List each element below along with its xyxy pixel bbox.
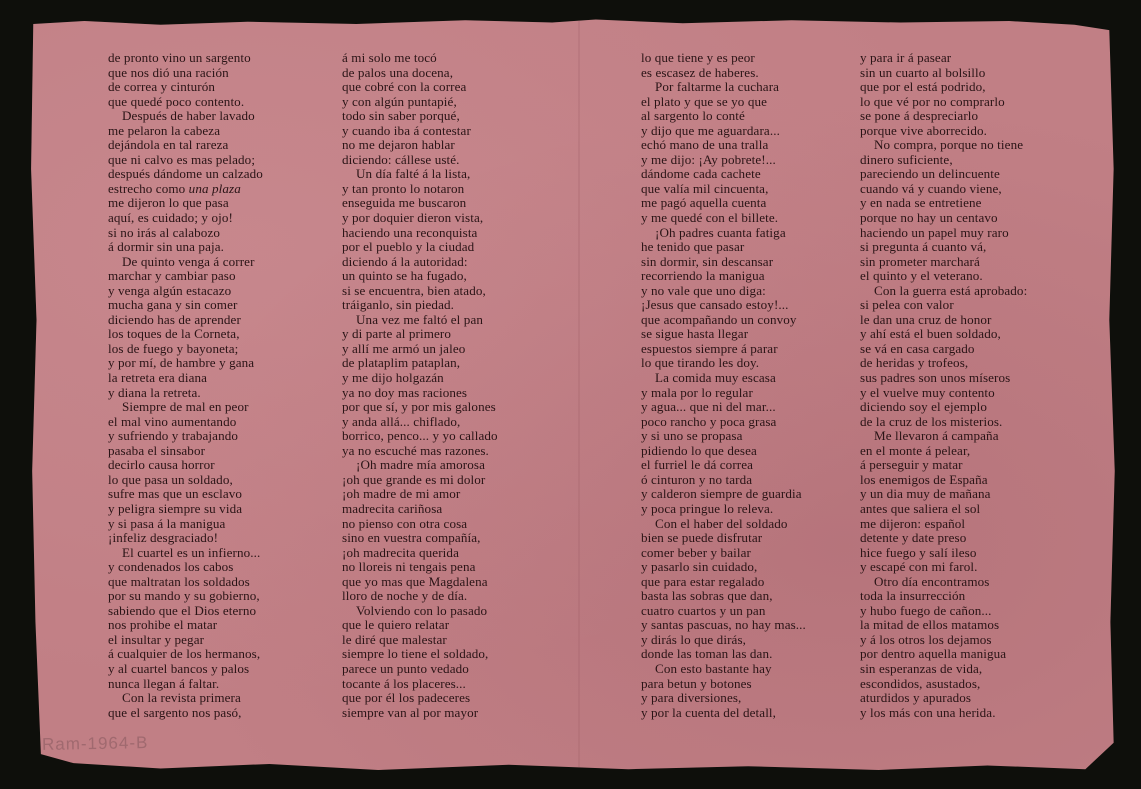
verse-line: pasaba el sinsabor	[108, 444, 263, 459]
verse-line: haciendo un papel muy raro	[860, 226, 1027, 241]
verse-line: y condenados los cabos	[108, 560, 263, 575]
verse-column-3: lo que tiene y es peores escasez de habe…	[641, 51, 806, 720]
verse-line: porque vive aborrecido.	[860, 124, 1027, 139]
stanza-first-line: Después de haber lavado	[108, 109, 263, 124]
verse-line: ya no doy mas raciones	[342, 386, 498, 401]
verse-line: al sargento lo conté	[641, 109, 806, 124]
verse-line: si no irás al calabozo	[108, 226, 263, 241]
stanza-first-line: ¡Oh padres cuanta fatiga	[641, 226, 806, 241]
verse-line: de pronto vino un sargento	[108, 51, 263, 66]
verse-line: por dentro aquella manigua	[860, 647, 1027, 662]
verse-line: que acompañando un convoy	[641, 313, 806, 328]
verse-line: y si uno se propasa	[641, 429, 806, 444]
verse-line: la mitad de ellos matamos	[860, 618, 1027, 633]
verse-line: y un dia muy de mañana	[860, 487, 1027, 502]
verse-line: que por el está podrido,	[860, 80, 1027, 95]
verse-line: no pienso con otra cosa	[342, 517, 498, 532]
verse-line: dándome cada cachete	[641, 167, 806, 182]
verse-line: todo sin saber porqué,	[342, 109, 498, 124]
verse-line: echó mano de una tralla	[641, 138, 806, 153]
verse-line: y di parte al primero	[342, 327, 498, 342]
verse-line: que maltratan los soldados	[108, 575, 263, 590]
verse-line: dejándola en tal rareza	[108, 138, 263, 153]
verse-line: y en nada se entretiene	[860, 196, 1027, 211]
verse-line: si se encuentra, bien atado,	[342, 284, 498, 299]
stanza-first-line: Por faltarme la cuchara	[641, 80, 806, 95]
verse-line: y tan pronto lo notaron	[342, 182, 498, 197]
verse-line: detente y date preso	[860, 531, 1027, 546]
verse-line: cuando vá y cuando viene,	[860, 182, 1027, 197]
verse-line: decirlo causa horror	[108, 458, 263, 473]
verse-line: si pregunta á cuanto vá,	[860, 240, 1027, 255]
verse-line: que cobré con la correa	[342, 80, 498, 95]
stanza-first-line: Volviendo con lo pasado	[342, 604, 498, 619]
verse-line: ¡oh que grande es mi dolor	[342, 473, 498, 488]
verse-line: estrecho como una plaza	[108, 182, 263, 197]
verse-line: por que sí, y por mis galones	[342, 400, 498, 415]
verse-line: el plato y que se yo que	[641, 95, 806, 110]
verse-line: para betun y botones	[641, 677, 806, 692]
verse-line: hice fuego y salí ileso	[860, 546, 1027, 561]
verse-line: nos prohibe el matar	[108, 618, 263, 633]
verse-line: de palos una docena,	[342, 66, 498, 81]
verse-line: y me dijo: ¡Ay pobrete!...	[641, 153, 806, 168]
verse-line: pidiendo lo que desea	[641, 444, 806, 459]
verse-line: que el sargento nos pasó,	[108, 706, 263, 721]
broadside-sheet: de pronto vino un sargentoque nos dió un…	[30, 18, 1118, 773]
verse-line: no me dejaron hablar	[342, 138, 498, 153]
stanza-first-line: Con esto bastante hay	[641, 662, 806, 677]
verse-line: á perseguir y matar	[860, 458, 1027, 473]
verse-line: y anda allá... chiflado,	[342, 415, 498, 430]
verse-line: recorriendo la manigua	[641, 269, 806, 284]
verse-line: los toques de la Corneta,	[108, 327, 263, 342]
verse-line: lo que pasa un soldado,	[108, 473, 263, 488]
verse-line: nunca llegan á faltar.	[108, 677, 263, 692]
verse-line: y por doquier dieron vista,	[342, 211, 498, 226]
verse-line: de correa y cinturón	[108, 80, 263, 95]
verse-line: y hubo fuego de cañon...	[860, 604, 1027, 619]
verse-line: ¡Jesus que cansado estoy!...	[641, 298, 806, 313]
archive-pencil-mark: Ram-1964-B	[42, 733, 149, 755]
verse-line: me pagó aquella cuenta	[641, 196, 806, 211]
stanza-first-line: El cuartel es un infierno...	[108, 546, 263, 561]
verse-line: parece un punto vedado	[342, 662, 498, 677]
verse-line: mucha gana y sin comer	[108, 298, 263, 313]
verse-line: es escasez de haberes.	[641, 66, 806, 81]
stanza-first-line: La comida muy escasa	[641, 371, 806, 386]
verse-line: y pasarlo sin cuidado,	[641, 560, 806, 575]
verse-line: ¡oh madre de mi amor	[342, 487, 498, 502]
center-fold	[578, 18, 580, 773]
verse-line: antes que saliera el sol	[860, 502, 1027, 517]
verse-line: los enemigos de España	[860, 473, 1027, 488]
verse-line: y calderon siempre de guardia	[641, 487, 806, 502]
verse-line: sin esperanzas de vida,	[860, 662, 1027, 677]
verse-line: y no vale que uno diga:	[641, 284, 806, 299]
verse-line: marchar y cambiar paso	[108, 269, 263, 284]
verse-line: y para ir á pasear	[860, 51, 1027, 66]
verse-line: haciendo una reconquista	[342, 226, 498, 241]
verse-line: que le quiero relatar	[342, 618, 498, 633]
stanza-first-line: Me llevaron á campaña	[860, 429, 1027, 444]
verse-line: y peligra siempre su vida	[108, 502, 263, 517]
verse-line: que quedé poco contento.	[108, 95, 263, 110]
verse-line: y con algún puntapié,	[342, 95, 498, 110]
stanza-first-line: Con la guerra está aprobado:	[860, 284, 1027, 299]
verse-line: los de fuego y bayoneta;	[108, 342, 263, 357]
stanza-first-line: De quinto venga á correr	[108, 255, 263, 270]
verse-line: de heridas y trofeos,	[860, 356, 1027, 371]
stanza-first-line: Con la revista primera	[108, 691, 263, 706]
verse-line: tocante á los placeres...	[342, 677, 498, 692]
verse-line: toda la insurrección	[860, 589, 1027, 604]
verse-line: espuestos siempre á parar	[641, 342, 806, 357]
verse-column-2: á mi solo me tocóde palos una docena,que…	[342, 51, 498, 720]
verse-line: sus padres son unos míseros	[860, 371, 1027, 386]
verse-line: por su mando y su gobierno,	[108, 589, 263, 604]
verse-line: y escapé con mi farol.	[860, 560, 1027, 575]
verse-line: siempre lo tiene el soldado,	[342, 647, 498, 662]
verse-line: y para diversiones,	[641, 691, 806, 706]
stanza-first-line: Otro día encontramos	[860, 575, 1027, 590]
verse-line: ¡oh madrecita querida	[342, 546, 498, 561]
verse-line: no lloreis ni tengais pena	[342, 560, 498, 575]
verse-line: donde las toman las dan.	[641, 647, 806, 662]
verse-line: la retreta era diana	[108, 371, 263, 386]
verse-line: ya no escuché mas razones.	[342, 444, 498, 459]
verse-line: y si pasa á la manigua	[108, 517, 263, 532]
verse-line: me dijeron lo que pasa	[108, 196, 263, 211]
verse-line: le diré que malestar	[342, 633, 498, 648]
verse-line: sufre mas que un esclavo	[108, 487, 263, 502]
verse-line: que valía mil cincuenta,	[641, 182, 806, 197]
verse-line: he tenido que pasar	[641, 240, 806, 255]
verse-line: poco rancho y poca grasa	[641, 415, 806, 430]
verse-line: y agua... que ni del mar...	[641, 400, 806, 415]
verse-line: un quinto se ha fugado,	[342, 269, 498, 284]
verse-line: sin prometer marchará	[860, 255, 1027, 270]
verse-line: sino en vuestra compañía,	[342, 531, 498, 546]
verse-line: me dijeron: español	[860, 517, 1027, 532]
verse-column-1: de pronto vino un sargentoque nos dió un…	[108, 51, 263, 720]
verse-line: escondidos, asustados,	[860, 677, 1027, 692]
verse-line: y cuando iba á contestar	[342, 124, 498, 139]
verse-line: se vá en casa cargado	[860, 342, 1027, 357]
verse-line: por el pueblo y la ciudad	[342, 240, 498, 255]
verse-line: enseguida me buscaron	[342, 196, 498, 211]
verse-line: y el vuelve muy contento	[860, 386, 1027, 401]
verse-line: lo que tirando les doy.	[641, 356, 806, 371]
verse-line: porque no hay un centavo	[860, 211, 1027, 226]
verse-line: y los más con una herida.	[860, 706, 1027, 721]
stanza-first-line: Con el haber del soldado	[641, 517, 806, 532]
verse-line: el quinto y el veterano.	[860, 269, 1027, 284]
verse-line: de plataplim pataplan,	[342, 356, 498, 371]
verse-line: diciendo: cállese usté.	[342, 153, 498, 168]
verse-line: y al cuartel bancos y palos	[108, 662, 263, 677]
verse-line: y por mí, de hambre y gana	[108, 356, 263, 371]
verse-line: que ni calvo es mas pelado;	[108, 153, 263, 168]
verse-line: diciendo á la autoridad:	[342, 255, 498, 270]
verse-line: dinero suficiente,	[860, 153, 1027, 168]
verse-line: á dormir sin una paja.	[108, 240, 263, 255]
verse-line: lloro de noche y de día.	[342, 589, 498, 604]
stanza-first-line: ¡Oh madre mía amorosa	[342, 458, 498, 473]
verse-line: aquí, es cuidado; y ojo!	[108, 211, 263, 226]
verse-line: y allí me armó un jaleo	[342, 342, 498, 357]
verse-line: de la cruz de los misterios.	[860, 415, 1027, 430]
verse-line: diciendo has de aprender	[108, 313, 263, 328]
verse-line: pareciendo un delincuente	[860, 167, 1027, 182]
verse-line: le dan una cruz de honor	[860, 313, 1027, 328]
verse-line: sin dormir, sin descansar	[641, 255, 806, 270]
verse-line: sin un cuarto al bolsillo	[860, 66, 1027, 81]
verse-line: ó cinturon y no tarda	[641, 473, 806, 488]
verse-line: si pelea con valor	[860, 298, 1027, 313]
verse-line: en el monte á pelear,	[860, 444, 1027, 459]
stanza-first-line: No compra, porque no tiene	[860, 138, 1027, 153]
verse-line: cuatro cuartos y un pan	[641, 604, 806, 619]
verse-line: basta las sobras que dan,	[641, 589, 806, 604]
verse-line: el insultar y pegar	[108, 633, 263, 648]
verse-line: á mi solo me tocó	[342, 51, 498, 66]
verse-line: y me dijo holgazán	[342, 371, 498, 386]
verse-line: y mala por lo regular	[641, 386, 806, 401]
verse-line: y dijo que me aguardara...	[641, 124, 806, 139]
verse-line: que yo mas que Magdalena	[342, 575, 498, 590]
verse-line: y dirás lo que dirás,	[641, 633, 806, 648]
verse-line: y me quedé con el billete.	[641, 211, 806, 226]
verse-line: y sufriendo y trabajando	[108, 429, 263, 444]
verse-line: á cualquier de los hermanos,	[108, 647, 263, 662]
verse-line: y ahí está el buen soldado,	[860, 327, 1027, 342]
verse-line: y á los otros los dejamos	[860, 633, 1027, 648]
verse-line: se sigue hasta llegar	[641, 327, 806, 342]
stanza-first-line: Un día falté á la lista,	[342, 167, 498, 182]
verse-line: lo que vé por no comprarlo	[860, 95, 1027, 110]
stanza-first-line: Siempre de mal en peor	[108, 400, 263, 415]
verse-line: que nos dió una ración	[108, 66, 263, 81]
verse-line: ¡infeliz desgraciado!	[108, 531, 263, 546]
verse-line: tráiganlo, sin piedad.	[342, 298, 498, 313]
verse-line: siempre van al por mayor	[342, 706, 498, 721]
verse-line: bien se puede disfrutar	[641, 531, 806, 546]
verse-line: y venga algún estacazo	[108, 284, 263, 299]
verse-line: diciendo soy el ejemplo	[860, 400, 1027, 415]
verse-line: después dándome un calzado	[108, 167, 263, 182]
verse-line: sabiendo que el Dios eterno	[108, 604, 263, 619]
stanza-first-line: Una vez me faltó el pan	[342, 313, 498, 328]
verse-line: y diana la retreta.	[108, 386, 263, 401]
verse-line: y poca pringue lo releva.	[641, 502, 806, 517]
verse-line: lo que tiene y es peor	[641, 51, 806, 66]
verse-line: aturdidos y apurados	[860, 691, 1027, 706]
verse-line: me pelaron la cabeza	[108, 124, 263, 139]
verse-line: el mal vino aumentando	[108, 415, 263, 430]
verse-line: borrico, penco... y yo callado	[342, 429, 498, 444]
verse-line: que para estar regalado	[641, 575, 806, 590]
verse-line: y santas pascuas, no hay mas...	[641, 618, 806, 633]
verse-line: y por la cuenta del detall,	[641, 706, 806, 721]
verse-line: que por él los padeceres	[342, 691, 498, 706]
verse-column-4: y para ir á pasearsin un cuarto al bolsi…	[860, 51, 1027, 720]
verse-line: el furriel le dá correa	[641, 458, 806, 473]
verse-line: madrecita cariñosa	[342, 502, 498, 517]
verse-line: se pone á despreciarlo	[860, 109, 1027, 124]
italic-phrase: una plaza	[189, 181, 241, 196]
verse-line: comer beber y bailar	[641, 546, 806, 561]
